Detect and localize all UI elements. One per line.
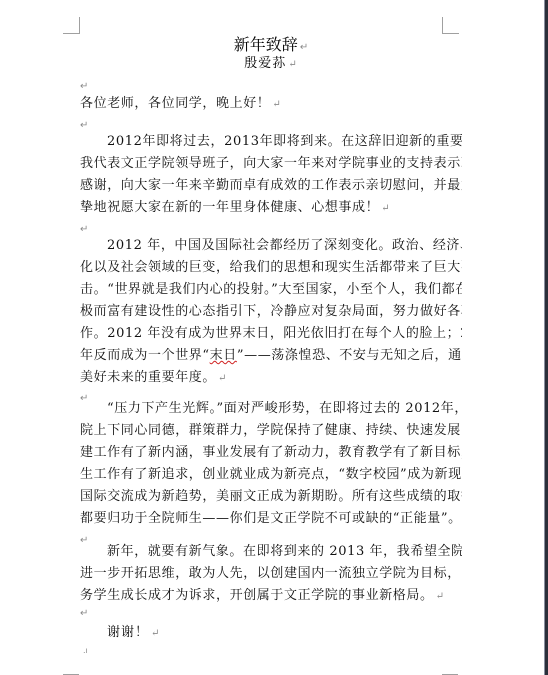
closing-line: 谢谢！↵ [107, 622, 160, 645]
paragraph-line: 2012 年，中国及国际社会都经历了深刻变化。政治、经济、文 [80, 235, 462, 257]
paragraph-line: 2012年即将过去，2013年即将到来。在这辞旧迎新的重要时刻， [80, 131, 462, 153]
paragraph-line: 化以及社会领域的巨变，给我们的思想和现实生活都带来了巨大冲 [80, 257, 462, 279]
closing-text: 谢谢！ [107, 625, 149, 640]
paragraph-1: 2012年即将过去，2013年即将到来。在这辞旧迎新的重要时刻， 我代表文正学院… [80, 131, 462, 219]
author-text: 殷爱荪 [244, 56, 286, 71]
paragraph-mark-icon: ↵ [300, 42, 308, 53]
empty-paragraph-mark-icon: ↵ [80, 603, 88, 625]
paragraph-line: 新年，就要有新气象。在即将到来的 2013 年，我希望全院师生 [80, 541, 462, 563]
paragraph-line: 极而富有建设性的心态指引下，冷静应对复杂局面，努力做好各项工 [80, 301, 462, 323]
paragraph-line: 感谢，向大家一年来辛勤而卓有成效的工作表示亲切慰问，并最为诚 [80, 175, 462, 197]
paragraph-line-last: 美好未来的重要年度。↵ [80, 367, 462, 389]
greeting-text: 各位老师，各位同学，晚上好！ [80, 96, 270, 111]
paragraph-2: 2012 年，中国及国际社会都经历了深刻变化。政治、经济、文 化以及社会领域的巨… [80, 235, 462, 389]
paragraph-line: 我代表文正学院领导班子，向大家一年来对学院事业的支持表示衷心 [80, 153, 462, 175]
paragraph-line-last: 都要归功于全院师生——你们是文正学院不可或缺的“正能量”。↵ [80, 508, 462, 530]
paragraph-line: “压力下产生光辉。”面对严峻形势，在即将过去的 2012年，我 [80, 398, 462, 420]
title-text: 新年致辞 [234, 35, 298, 54]
line-text: 都要归功于全院师生——你们是文正学院不可或缺的“正能量”。 [80, 511, 462, 526]
paragraph-line: 生工作有了新追求，创业就业成为新亮点，“数字校园”成为新现象， [80, 464, 462, 486]
end-of-document-mark-icon: .ı [83, 646, 88, 655]
paragraph-line-last: 挚地祝愿大家在新的一年里身体健康、心想事成！↵ [80, 197, 462, 219]
paragraph-line: 年反而成为一个世界“末日”——荡涤惶恐、不安与无知之后，通向 [80, 345, 462, 367]
paragraph-line: 进一步开拓思维，敢为人先，以创建国内一流独立学院为目标，以服 [80, 563, 462, 585]
paragraph-line: 作。2012 年没有成为世界末日，阳光依旧打在每个人的脸上；2012 [80, 323, 462, 345]
paragraph-line: 国际交流成为新趋势，美丽文正成为新期盼。所有这些成绩的取得， [80, 486, 462, 508]
margin-corner-top-left [63, 17, 80, 34]
spellcheck-underline[interactable]: 末日 [210, 348, 237, 363]
line-text: 挚地祝愿大家在新的一年里身体健康、心想事成！ [80, 200, 379, 215]
paragraph-mark-icon: ↵ [218, 373, 227, 384]
paragraph-mark-icon: ↵ [436, 591, 445, 602]
paragraph-line: 院上下同心同德，群策群力，学院保持了健康、持续、快速发展：党 [80, 420, 462, 442]
paragraph-mark-icon: ↵ [151, 628, 160, 639]
paragraph-mark-icon: ↵ [272, 99, 281, 110]
margin-corner-top-right [442, 17, 459, 34]
paragraph-line: 击。“世界就是我们内心的投射。”大至国家，小至个人，我们都在积 [80, 279, 462, 301]
line-text: 务学生成长成才为诉求，开创属于文正学院的事业新格局。 [80, 588, 434, 603]
paragraph-4: 新年，就要有新气象。在即将到来的 2013 年，我希望全院师生 进一步开拓思维，… [80, 541, 462, 607]
document-author: 殷爱荪↵ [80, 54, 462, 75]
paragraph-3: “压力下产生光辉。”面对严峻形势，在即将过去的 2012年，我 院上下同心同德，… [80, 398, 462, 530]
line-text: 美好未来的重要年度。 [80, 370, 216, 385]
paragraph-mark-icon: ↵ [288, 59, 297, 70]
paragraph-mark-icon: ↵ [381, 203, 390, 214]
greeting-line: 各位老师，各位同学，晚上好！↵ [80, 93, 281, 116]
paragraph-line: 建工作有了新内涵，事业发展有了新动力，教育教学有了新目标，学 [80, 442, 462, 464]
paragraph-line-last: 务学生成长成才为诉求，开创属于文正学院的事业新格局。↵ [80, 585, 462, 607]
